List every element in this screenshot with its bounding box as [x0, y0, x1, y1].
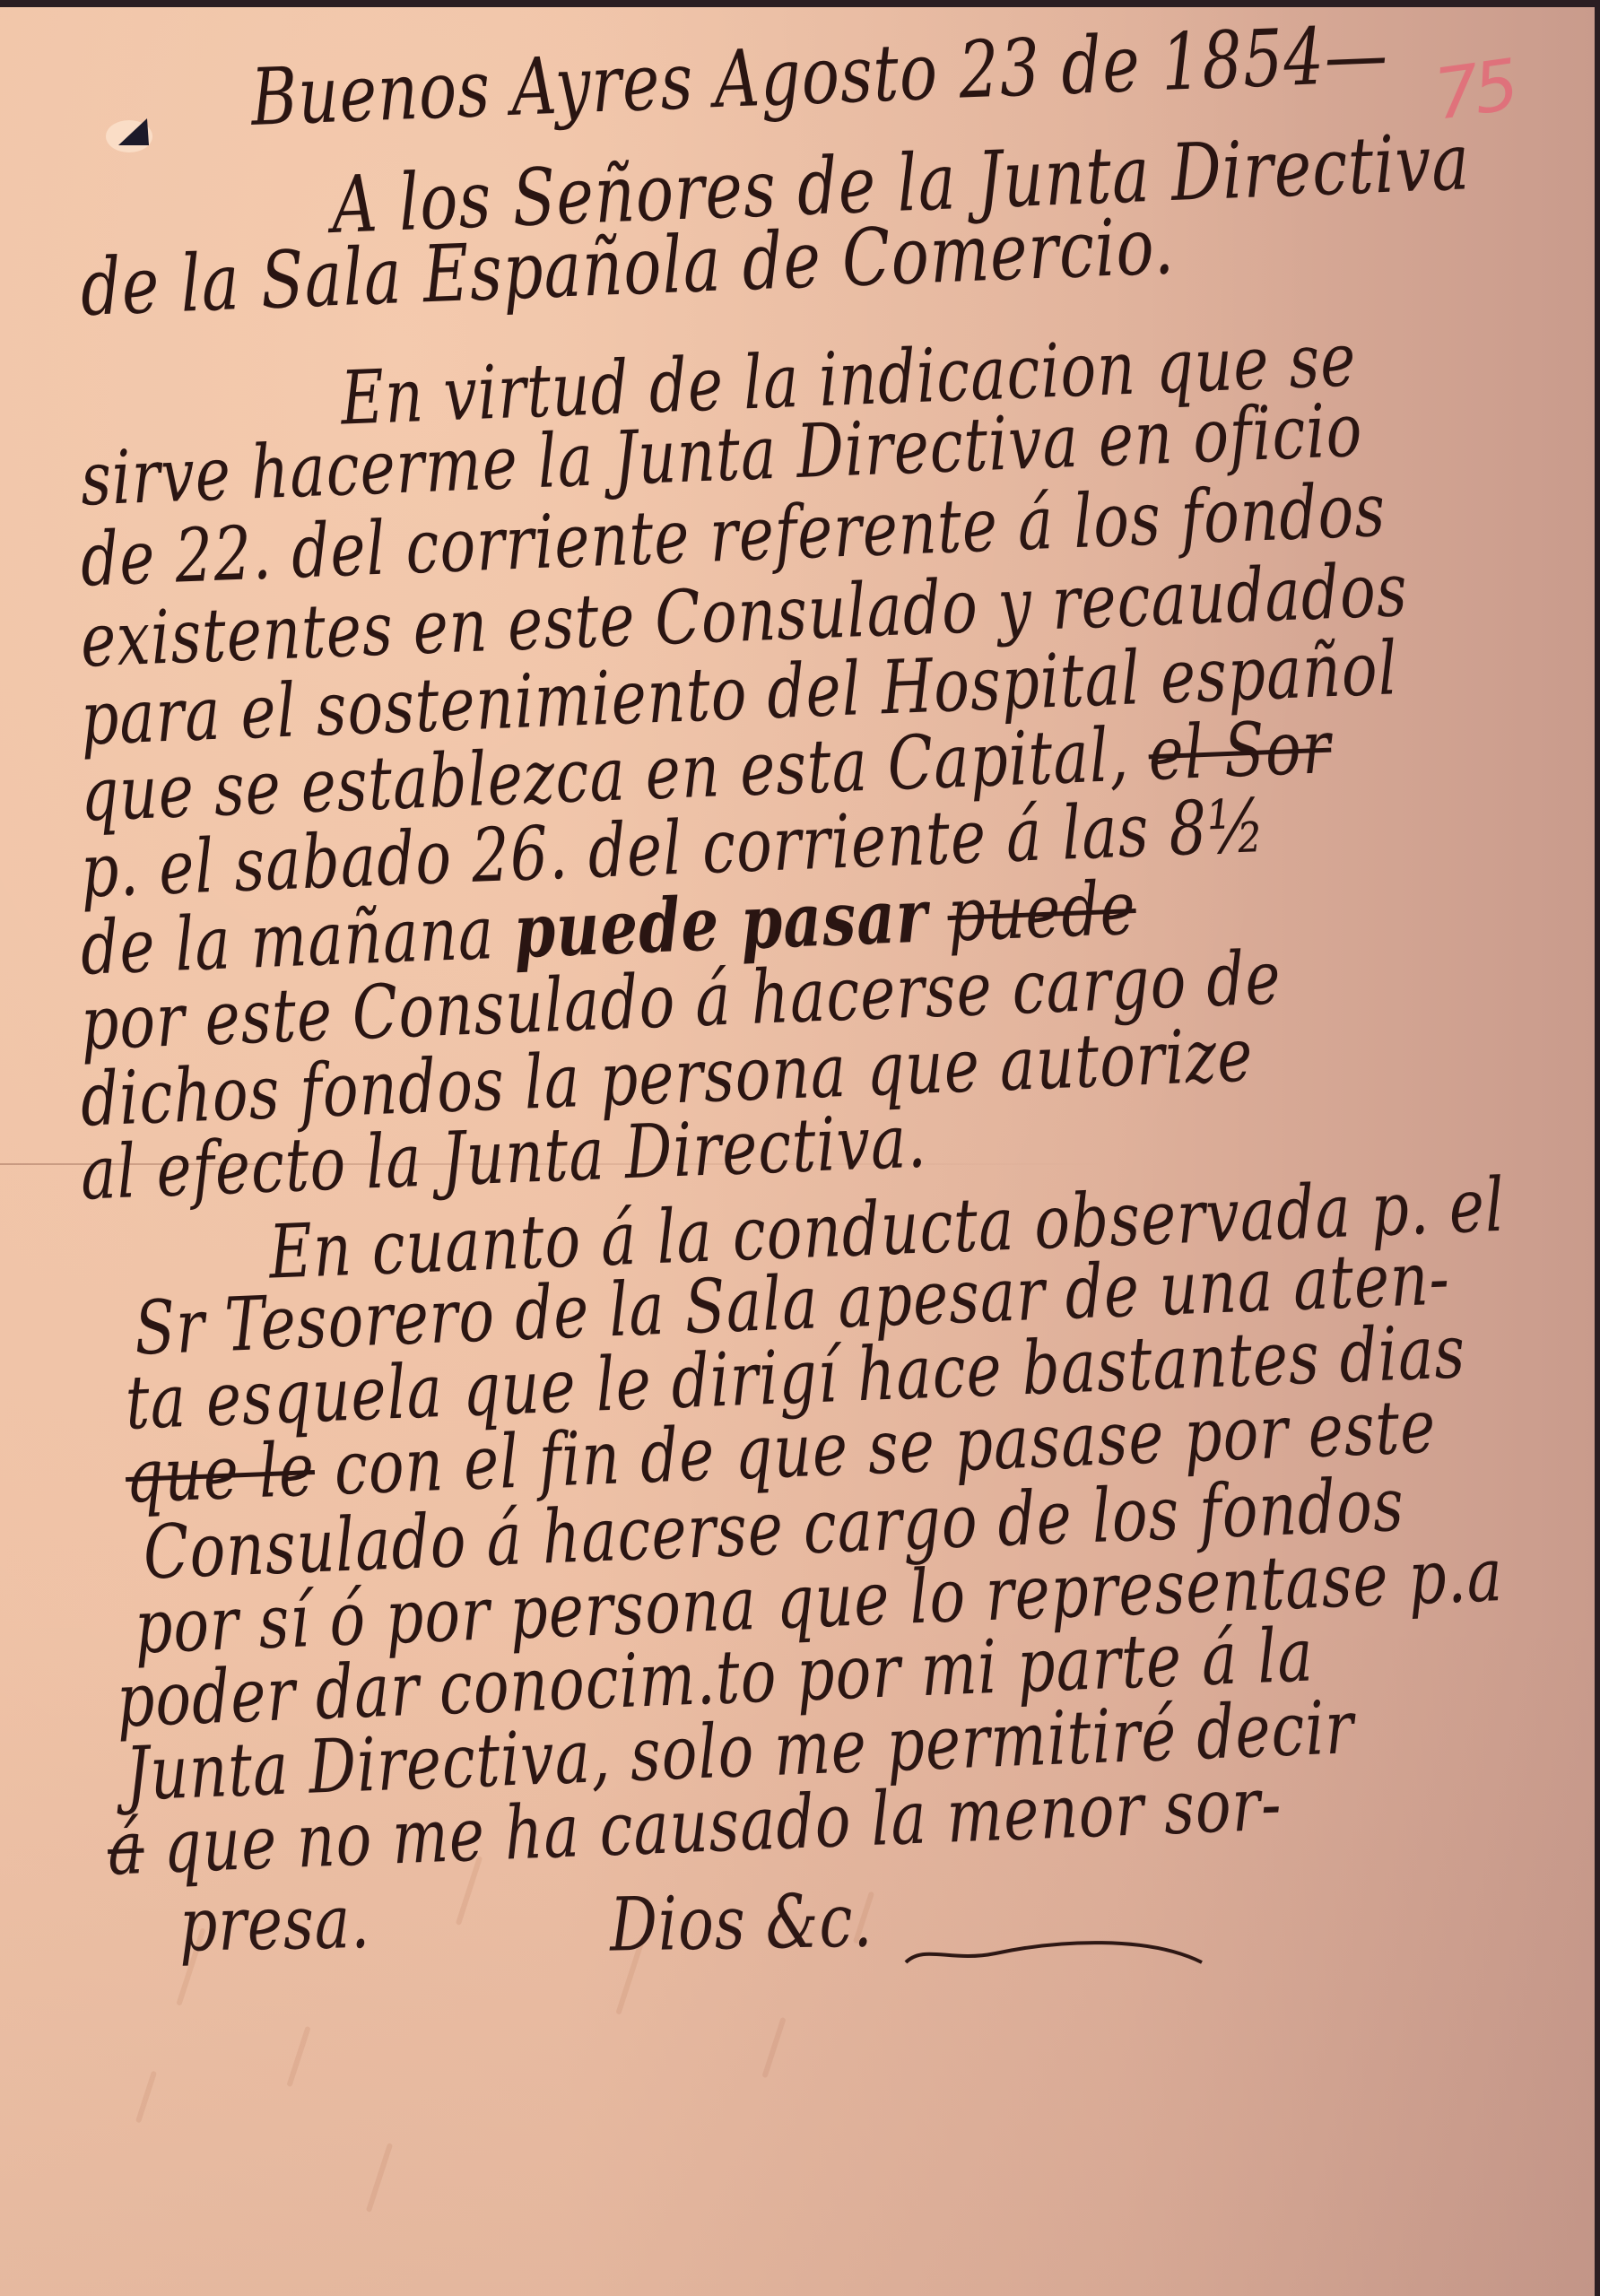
letter-page: 75 Buenos Ayres Agosto 23 de 1854— A los…: [0, 7, 1595, 2296]
addressee-line-2: de la Sala Española de Comercio.: [79, 200, 1176, 334]
paper-stain: [286, 2026, 310, 2087]
place-date: Buenos Ayres Agosto 23 de 1854—: [249, 8, 1390, 143]
paper-stain: [135, 2071, 157, 2124]
paper-stain: [366, 2143, 393, 2213]
closing: Dios &c.: [609, 1877, 874, 1968]
paper-stain: [761, 2017, 786, 2078]
struck-text: á: [106, 1805, 145, 1892]
body-line: presa.: [178, 1879, 371, 1969]
closing-flourish-icon: [897, 1926, 1238, 1980]
paper-hole-icon: [106, 113, 156, 152]
